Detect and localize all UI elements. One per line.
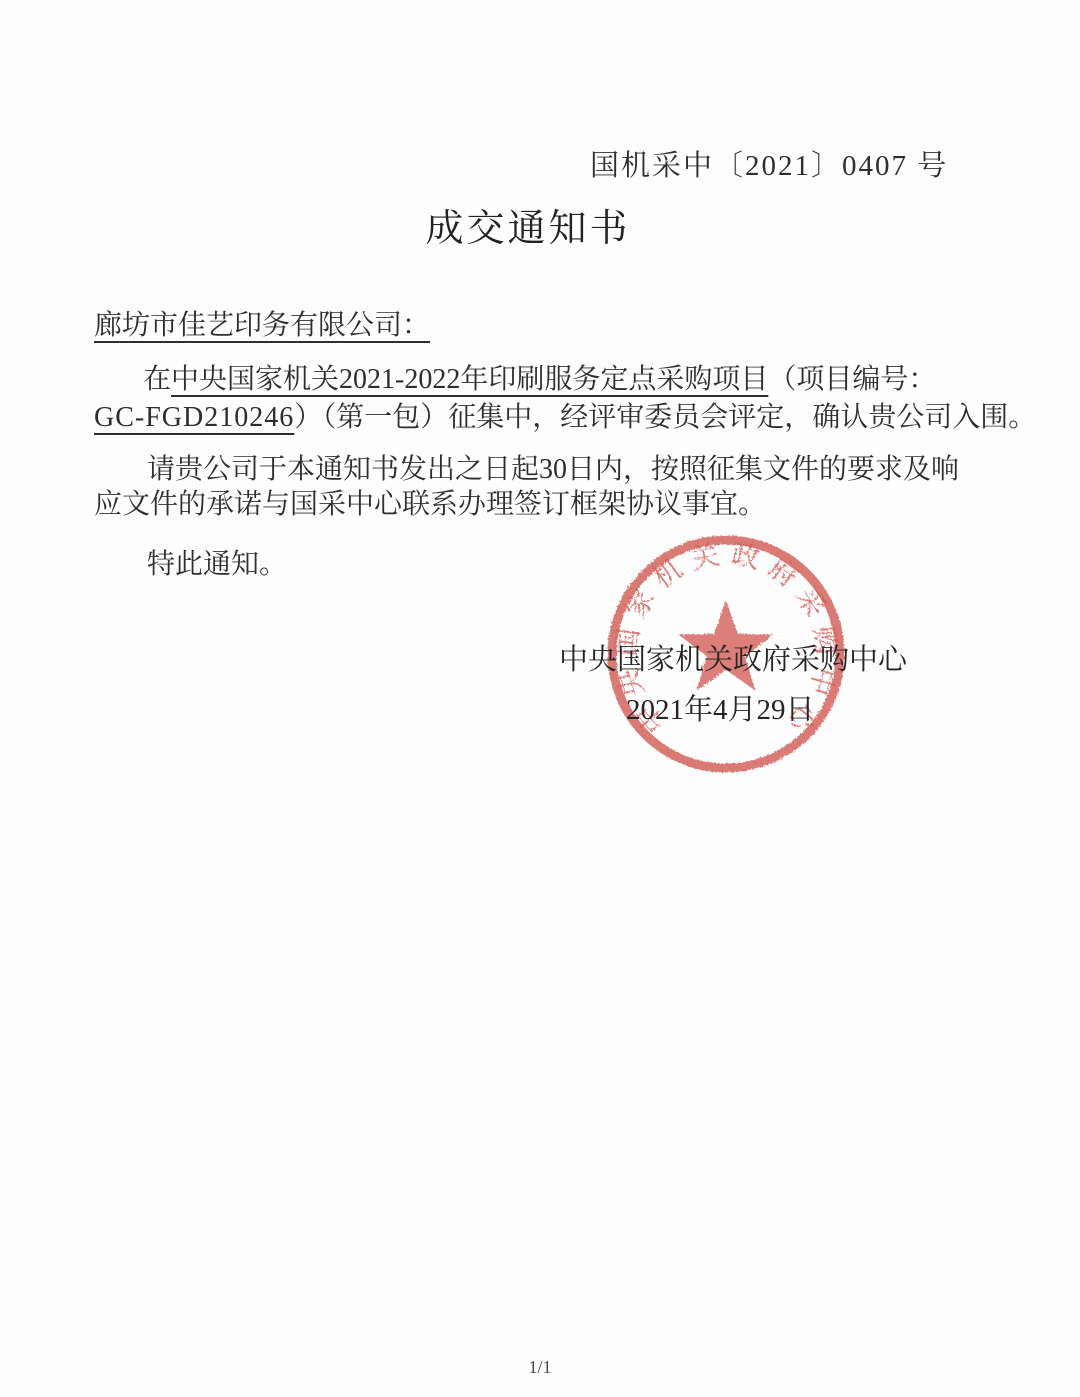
paragraph-project-line1: 在中央国家机关2021-2022年印刷服务定点采购项目（项目编号： [143,357,936,397]
paragraph-notice-line1: 请贵公司于本通知书发出之日起30日内，按照征集文件的要求及响 [147,447,959,487]
project-line1-prefix: 在 [143,364,171,395]
closing-phrase: 特此通知。 [147,542,287,582]
signature-date: 2021年4月29日 [626,687,815,728]
document-page: { "page": { "doc_number": "国机采中〔2021〕040… [0,0,1080,1397]
page-title: 成交通知书 [0,197,1056,252]
signer-organization: 中央国家机关政府采购中心 [559,637,907,678]
project-line1-tail: （项目编号： [768,364,936,395]
page-number: 1/1 [0,1357,1080,1378]
paragraph-project-line2: GC-FGD210246）（第一包）征集中，经评审委员会评定，确认贵公司入围。 [94,395,1036,435]
paragraph-notice-line2: 应文件的承诺与国采中心联系办理签订框架协议事宜。 [94,482,766,522]
recipient-company: 廊坊市佳艺印务有限公司： [94,303,430,343]
project-line2-tail: ）（第一包）征集中，经评审委员会评定，确认贵公司入围。 [294,402,1036,433]
project-name-underlined: 中央国家机关2021-2022年印刷服务定点采购项目 [171,364,768,395]
recipient-company-text: 廊坊市佳艺印务有限公司： [94,310,430,341]
project-code-underlined: GC-FGD210246 [94,402,294,433]
doc-number: 国机采中〔2021〕0407 号 [590,143,948,184]
